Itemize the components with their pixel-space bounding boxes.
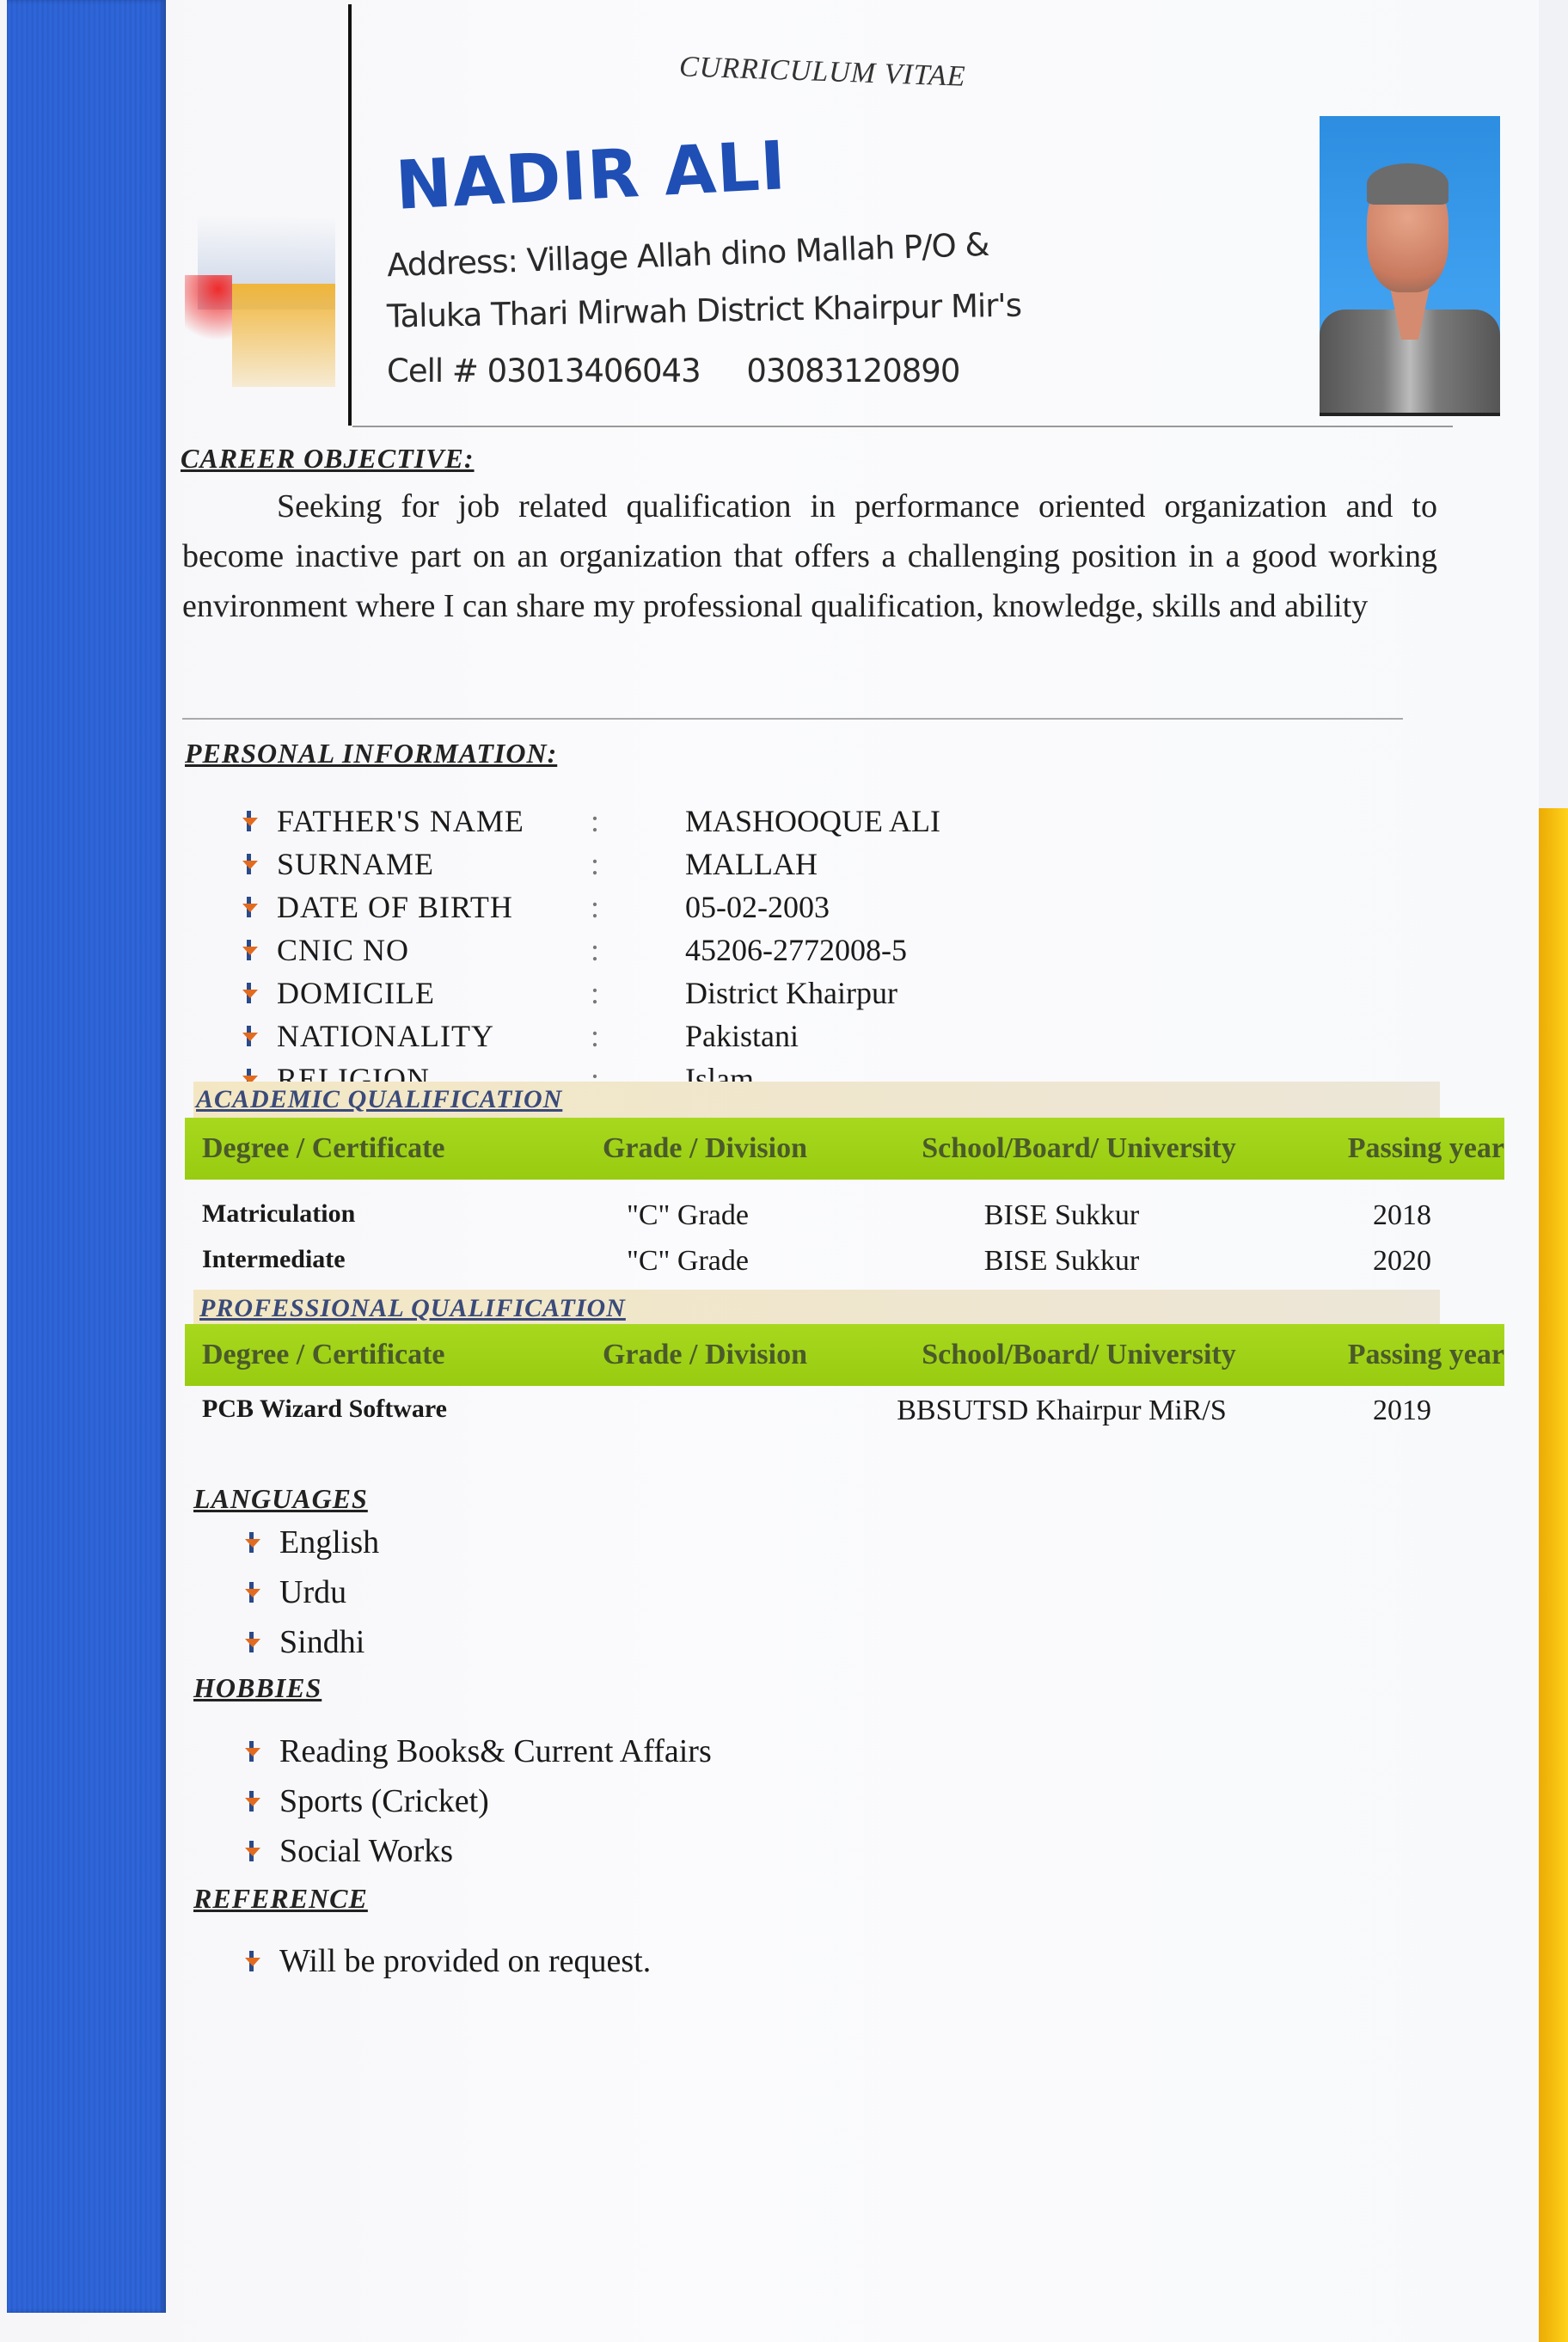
personal-information-heading: PERSONAL INFORMATION: bbox=[185, 738, 557, 769]
list-item: DATE OF BIRTH:05-02-2003 bbox=[242, 886, 940, 929]
list-item: FATHER'S NAME:MASHOOQUE ALI bbox=[242, 800, 940, 843]
arrow-down-bullet-icon bbox=[245, 1739, 264, 1763]
document-title: CURRICULUM VITAE bbox=[678, 51, 966, 94]
candidate-name: NADIR ALI bbox=[394, 127, 788, 225]
hobbies-list: Reading Books& Current Affairs Sports (C… bbox=[245, 1726, 712, 1876]
profile-photo bbox=[1320, 116, 1500, 416]
list-item: NATIONALITY:Pakistani bbox=[242, 1015, 940, 1058]
professional-table-header: Degree / Certificate Grade / Division Sc… bbox=[185, 1324, 1504, 1386]
reference-heading: REFERENCE bbox=[193, 1883, 368, 1915]
academic-qualification-heading: ACADEMIC QUALIFICATION bbox=[196, 1085, 562, 1114]
section-rule bbox=[182, 718, 1403, 720]
academic-table-header: Degree / Certificate Grade / Division Sc… bbox=[185, 1118, 1504, 1180]
list-item: English bbox=[245, 1517, 379, 1567]
background-yellow-surface bbox=[1534, 808, 1568, 2342]
table-row: Intermediate "C" Grade BISE Sukkur 2020 bbox=[202, 1245, 1431, 1278]
career-objective-heading: CAREER OBJECTIVE: bbox=[181, 443, 475, 475]
list-item: Sports (Cricket) bbox=[245, 1776, 712, 1826]
languages-heading: LANGUAGES bbox=[193, 1483, 368, 1515]
table-row: Matriculation "C" Grade BISE Sukkur 2018 bbox=[202, 1199, 1431, 1232]
decorative-color-blocks bbox=[172, 215, 344, 387]
list-item: DOMICILE:District Khairpur bbox=[242, 972, 940, 1015]
arrow-down-bullet-icon bbox=[242, 852, 261, 876]
list-item: SURNAME:MALLAH bbox=[242, 843, 940, 886]
list-item: Will be provided on request. bbox=[245, 1936, 651, 1986]
list-item: Reading Books& Current Affairs bbox=[245, 1726, 712, 1776]
arrow-down-bullet-icon bbox=[242, 938, 261, 962]
arrow-down-bullet-icon bbox=[242, 981, 261, 1005]
arrow-down-bullet-icon bbox=[242, 895, 261, 919]
reference-list: Will be provided on request. bbox=[245, 1936, 651, 1986]
cv-page: CURRICULUM VITAE NADIR ALI Address: Vill… bbox=[0, 0, 1539, 2342]
arrow-down-bullet-icon bbox=[245, 1789, 264, 1813]
cell-numbers: Cell # 03013406043 03083120890 bbox=[387, 353, 959, 389]
arrow-down-bullet-icon bbox=[245, 1530, 264, 1554]
languages-list: English Urdu Sindhi bbox=[245, 1517, 379, 1667]
professional-qualification-heading: PROFESSIONAL QUALIFICATION bbox=[199, 1294, 626, 1323]
personal-information-list: FATHER'S NAME:MASHOOQUE ALI SURNAME:MALL… bbox=[242, 800, 940, 1100]
arrow-down-bullet-icon bbox=[245, 1949, 264, 1973]
career-objective-text: Seeking for job related qualification in… bbox=[182, 481, 1437, 631]
list-item: Social Works bbox=[245, 1826, 712, 1876]
address-line-1: Address: Village Allah dino Mallah P/O & bbox=[386, 226, 989, 284]
table-row: PCB Wizard Software BBSUTSD Khairpur MiR… bbox=[202, 1395, 1431, 1427]
hobbies-heading: HOBBIES bbox=[193, 1672, 322, 1704]
list-item: CNIC NO:45206-2772008-5 bbox=[242, 929, 940, 972]
decorative-side-bar bbox=[7, 0, 166, 2313]
list-item: Sindhi bbox=[245, 1617, 379, 1667]
arrow-down-bullet-icon bbox=[245, 1630, 264, 1654]
address-line-2: Taluka Thari Mirwah District Khairpur Mi… bbox=[387, 287, 1022, 335]
list-item: Urdu bbox=[245, 1567, 379, 1617]
header-divider-line bbox=[348, 4, 352, 426]
arrow-down-bullet-icon bbox=[245, 1580, 264, 1604]
arrow-down-bullet-icon bbox=[245, 1839, 264, 1863]
header-rule bbox=[352, 426, 1453, 427]
arrow-down-bullet-icon bbox=[242, 1024, 261, 1048]
arrow-down-bullet-icon bbox=[242, 809, 261, 833]
